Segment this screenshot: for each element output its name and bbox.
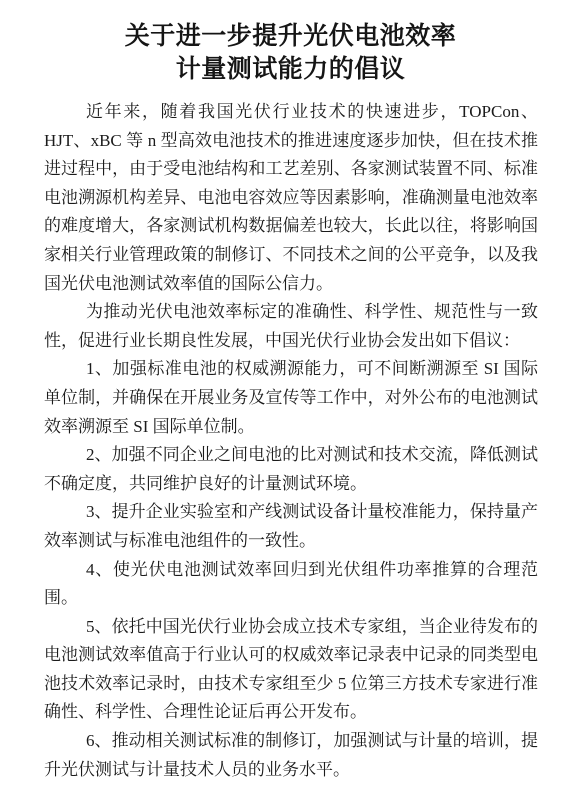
paragraph-purpose: 为推动光伏电池效率标定的准确性、科学性、规范性与一致性，促进行业长期良性发展，中… [44,298,538,355]
document-title-line-1: 关于进一步提升光伏电池效率 [125,21,457,50]
paragraph-item-6: 6、推动相关测试标准的制修订，加强测试与计量的培训，提升光伏测试与计量技术人员的… [44,727,538,784]
document-page: 关于进一步提升光伏电池效率 计量测试能力的倡议 近年来，随着我国光伏行业技术的快… [0,0,581,788]
paragraph-item-2: 2、加强不同企业之间电池的比对测试和技术交流，降低测试不确定度，共同维护良好的计… [44,441,538,498]
paragraph-item-3: 3、提升企业实验室和产线测试设备计量校准能力，保持量产效率测试与标准电池组件的一… [44,498,538,555]
paragraph-intro: 近年来，随着我国光伏行业技术的快速进步，TOPCon、HJT、xBC 等 n 型… [44,98,538,298]
paragraph-item-5: 5、依托中国光伏行业协会成立技术专家组，当企业待发布的电池测试效率值高于行业认可… [44,613,538,727]
paragraph-item-4: 4、使光伏电池测试效率回归到光伏组件功率推算的合理范围。 [44,556,538,613]
document-title-line-2: 计量测试能力的倡议 [176,54,406,83]
paragraph-item-1: 1、加强标准电池的权威溯源能力，可不间断溯源至 SI 国际单位制，并确保在开展业… [44,355,538,441]
document-title: 关于进一步提升光伏电池效率 计量测试能力的倡议 [0,0,581,85]
document-body: 近年来，随着我国光伏行业技术的快速进步，TOPCon、HJT、xBC 等 n 型… [44,98,538,784]
